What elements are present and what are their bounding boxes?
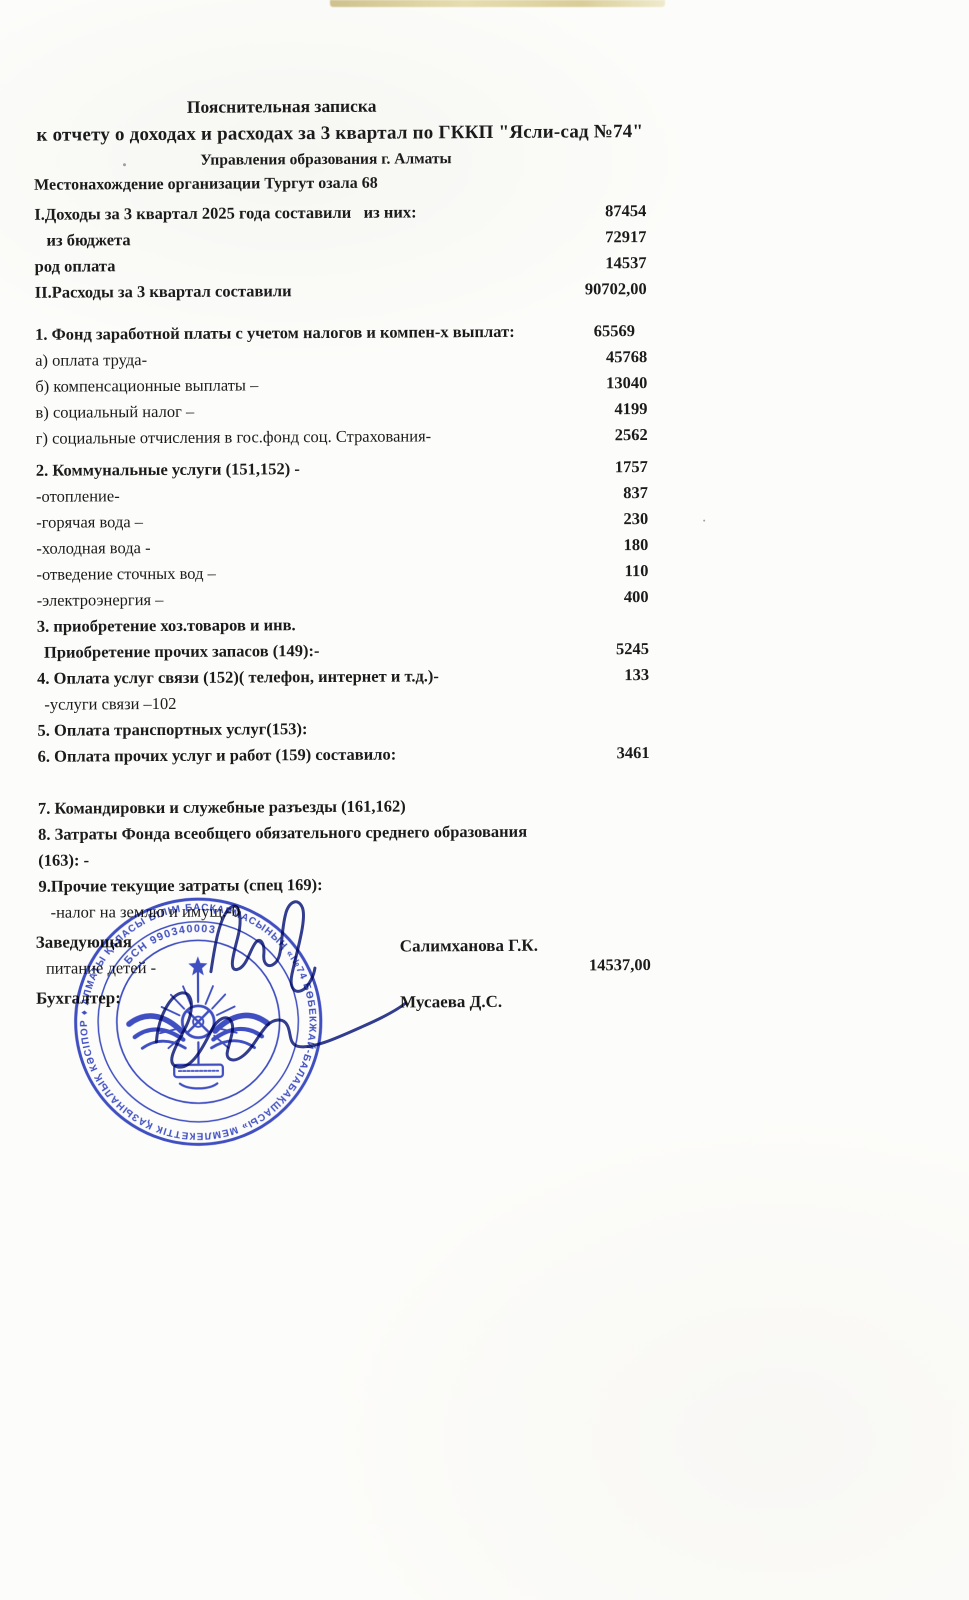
line-label: -отведение сточных вод – — [36, 559, 538, 588]
line-label: г) социальные отчисления в гос.фонд соц.… — [36, 423, 538, 452]
line-salary: а) оплата труда-45768 — [35, 344, 647, 374]
line-value: 230 — [538, 506, 648, 533]
line-value: 837 — [538, 480, 648, 507]
line-label: б) компенсационные выплаты – — [35, 371, 537, 400]
line-communication-detail: -услуги связи –102 — [37, 688, 649, 718]
line-income-total: I.Доходы за 3 квартал 2025 года составил… — [34, 198, 646, 228]
document-title-line1: Пояснительная записка — [0, 91, 588, 121]
line-value — [540, 888, 650, 889]
line-transport: 5. Оплата транспортных услуг(153): — [37, 714, 649, 744]
line-value: 1757 — [538, 454, 648, 481]
line-value — [539, 706, 649, 707]
report-lines: I.Доходы за 3 квартал 2025 года составил… — [34, 198, 651, 982]
line-value — [539, 628, 649, 629]
line-label: -электроэнергия – — [37, 585, 539, 614]
line-utilities: 2. Коммунальные услуги (151,152) -1757 — [36, 454, 648, 484]
organization-location-line: Местонахождение организации Тургут озала… — [34, 170, 646, 198]
line-value: 3461 — [540, 740, 650, 767]
line-wage-fund: 1. Фонд заработной платы с учетом налого… — [35, 318, 647, 348]
scan-speck — [123, 163, 126, 166]
line-other-services: 6. Оплата прочих услуг и работ (159) сос… — [38, 740, 650, 770]
line-label: 1. Фонд заработной платы с учетом налого… — [35, 319, 525, 348]
line-label: 8. Затраты Фонда всеобщего обязательного… — [38, 819, 540, 874]
line-label: а) оплата труда- — [35, 345, 537, 374]
line-hot-water: -горячая вода –230 — [36, 506, 648, 536]
line-label: -холодная вода - — [36, 533, 538, 562]
document-content: Пояснительная записка к отчету о доходах… — [0, 0, 969, 1600]
line-value — [539, 732, 649, 733]
line-label: в) социальный налог – — [35, 397, 537, 426]
line-value — [541, 914, 651, 915]
document-title-line2: к отчету о доходах и расходах за 3 кварт… — [34, 117, 646, 150]
line-value: 180 — [538, 532, 648, 559]
signature-name-head: Салимханова Г.К. — [400, 936, 538, 957]
scan-speck — [703, 520, 705, 522]
line-label: 7. Командировки и служебные разъезды (16… — [38, 793, 540, 822]
line-sewerage: -отведение сточных вод –110 — [36, 558, 648, 588]
line-from-budget: из бюджета72917 — [34, 224, 646, 254]
line-social-deductions: г) социальные отчисления в гос.фонд соц.… — [36, 422, 648, 452]
line-label: 4. Оплата услуг связи (152)( телефон, ин… — [37, 663, 539, 692]
scan-speck — [631, 592, 633, 594]
line-value — [540, 836, 650, 837]
line-label: Приобретение прочих запасов (149):- — [37, 637, 539, 666]
line-value: 110 — [538, 558, 648, 585]
line-business-trips: 7. Командировки и служебные разъезды (16… — [38, 792, 650, 822]
signature-name-accountant: Мусаева Д.С. — [400, 992, 502, 1013]
line-household-goods: 3. приобретение хоз.товаров и инв. — [37, 610, 649, 640]
line-paid-services: род оплата14537 — [35, 250, 647, 280]
official-stamp: ♦ АЛМАТЫ ҚАЛАСЫ БІЛІМ БАСҚАРМАСЫНЫҢ «№74… — [61, 890, 335, 1154]
line-value: 133 — [539, 662, 649, 689]
line-label: 2. Коммунальные услуги (151,152) - — [36, 455, 538, 484]
line-label: род оплата — [35, 251, 537, 280]
line-compensation: б) компенсационные выплаты –13040 — [35, 370, 647, 400]
line-value: 90702,00 — [537, 276, 647, 303]
line-value: 14537 — [537, 250, 647, 277]
line-value: 5245 — [539, 636, 649, 663]
line-heating: -отопление-837 — [36, 480, 648, 510]
line-label: 5. Оплата транспортных услуг(153): — [37, 715, 539, 744]
line-label: -отопление- — [36, 481, 538, 510]
line-value: 72917 — [536, 224, 646, 251]
line-label: 3. приобретение хоз.товаров и инв. — [37, 611, 539, 640]
line-electricity: -электроэнергия –400 — [37, 584, 649, 614]
line-communication: 4. Оплата услуг связи (152)( телефон, ин… — [37, 662, 649, 692]
line-education-fund: 8. Затраты Фонда всеобщего обязательного… — [38, 818, 650, 874]
scan-speck — [636, 436, 638, 438]
line-other-stocks: Приобретение прочих запасов (149):-5245 — [37, 636, 649, 666]
line-social-tax: в) социальный налог –4199 — [35, 396, 647, 426]
line-value: 13040 — [537, 370, 647, 397]
line-value: 87454 — [536, 198, 646, 225]
line-value: 2562 — [538, 422, 648, 449]
line-label: -услуги связи –102 — [37, 689, 539, 718]
line-value: 14537,00 — [541, 952, 651, 979]
document-header: Пояснительная записка к отчету о доходах… — [34, 91, 647, 198]
coat-of-arms-emblem — [129, 956, 268, 1089]
line-expenses-total: II.Расходы за 3 квартал составили90702,0… — [35, 276, 647, 306]
line-label: из бюджета — [34, 225, 536, 254]
document-title-line3: Управления образования г. Алматы — [20, 146, 632, 174]
line-label: II.Расходы за 3 квартал составили — [35, 277, 537, 306]
line-value: 400 — [539, 584, 649, 611]
line-value: 45768 — [537, 344, 647, 371]
line-label: 6. Оплата прочих услуг и работ (159) сос… — [38, 741, 540, 770]
line-value: 65569 — [525, 318, 647, 345]
line-label: I.Доходы за 3 квартал 2025 года составил… — [34, 199, 536, 228]
line-label: -горячая вода – — [36, 507, 538, 536]
line-cold-water: -холодная вода -180 — [36, 532, 648, 562]
line-value — [540, 810, 650, 811]
line-value: 4199 — [537, 396, 647, 423]
